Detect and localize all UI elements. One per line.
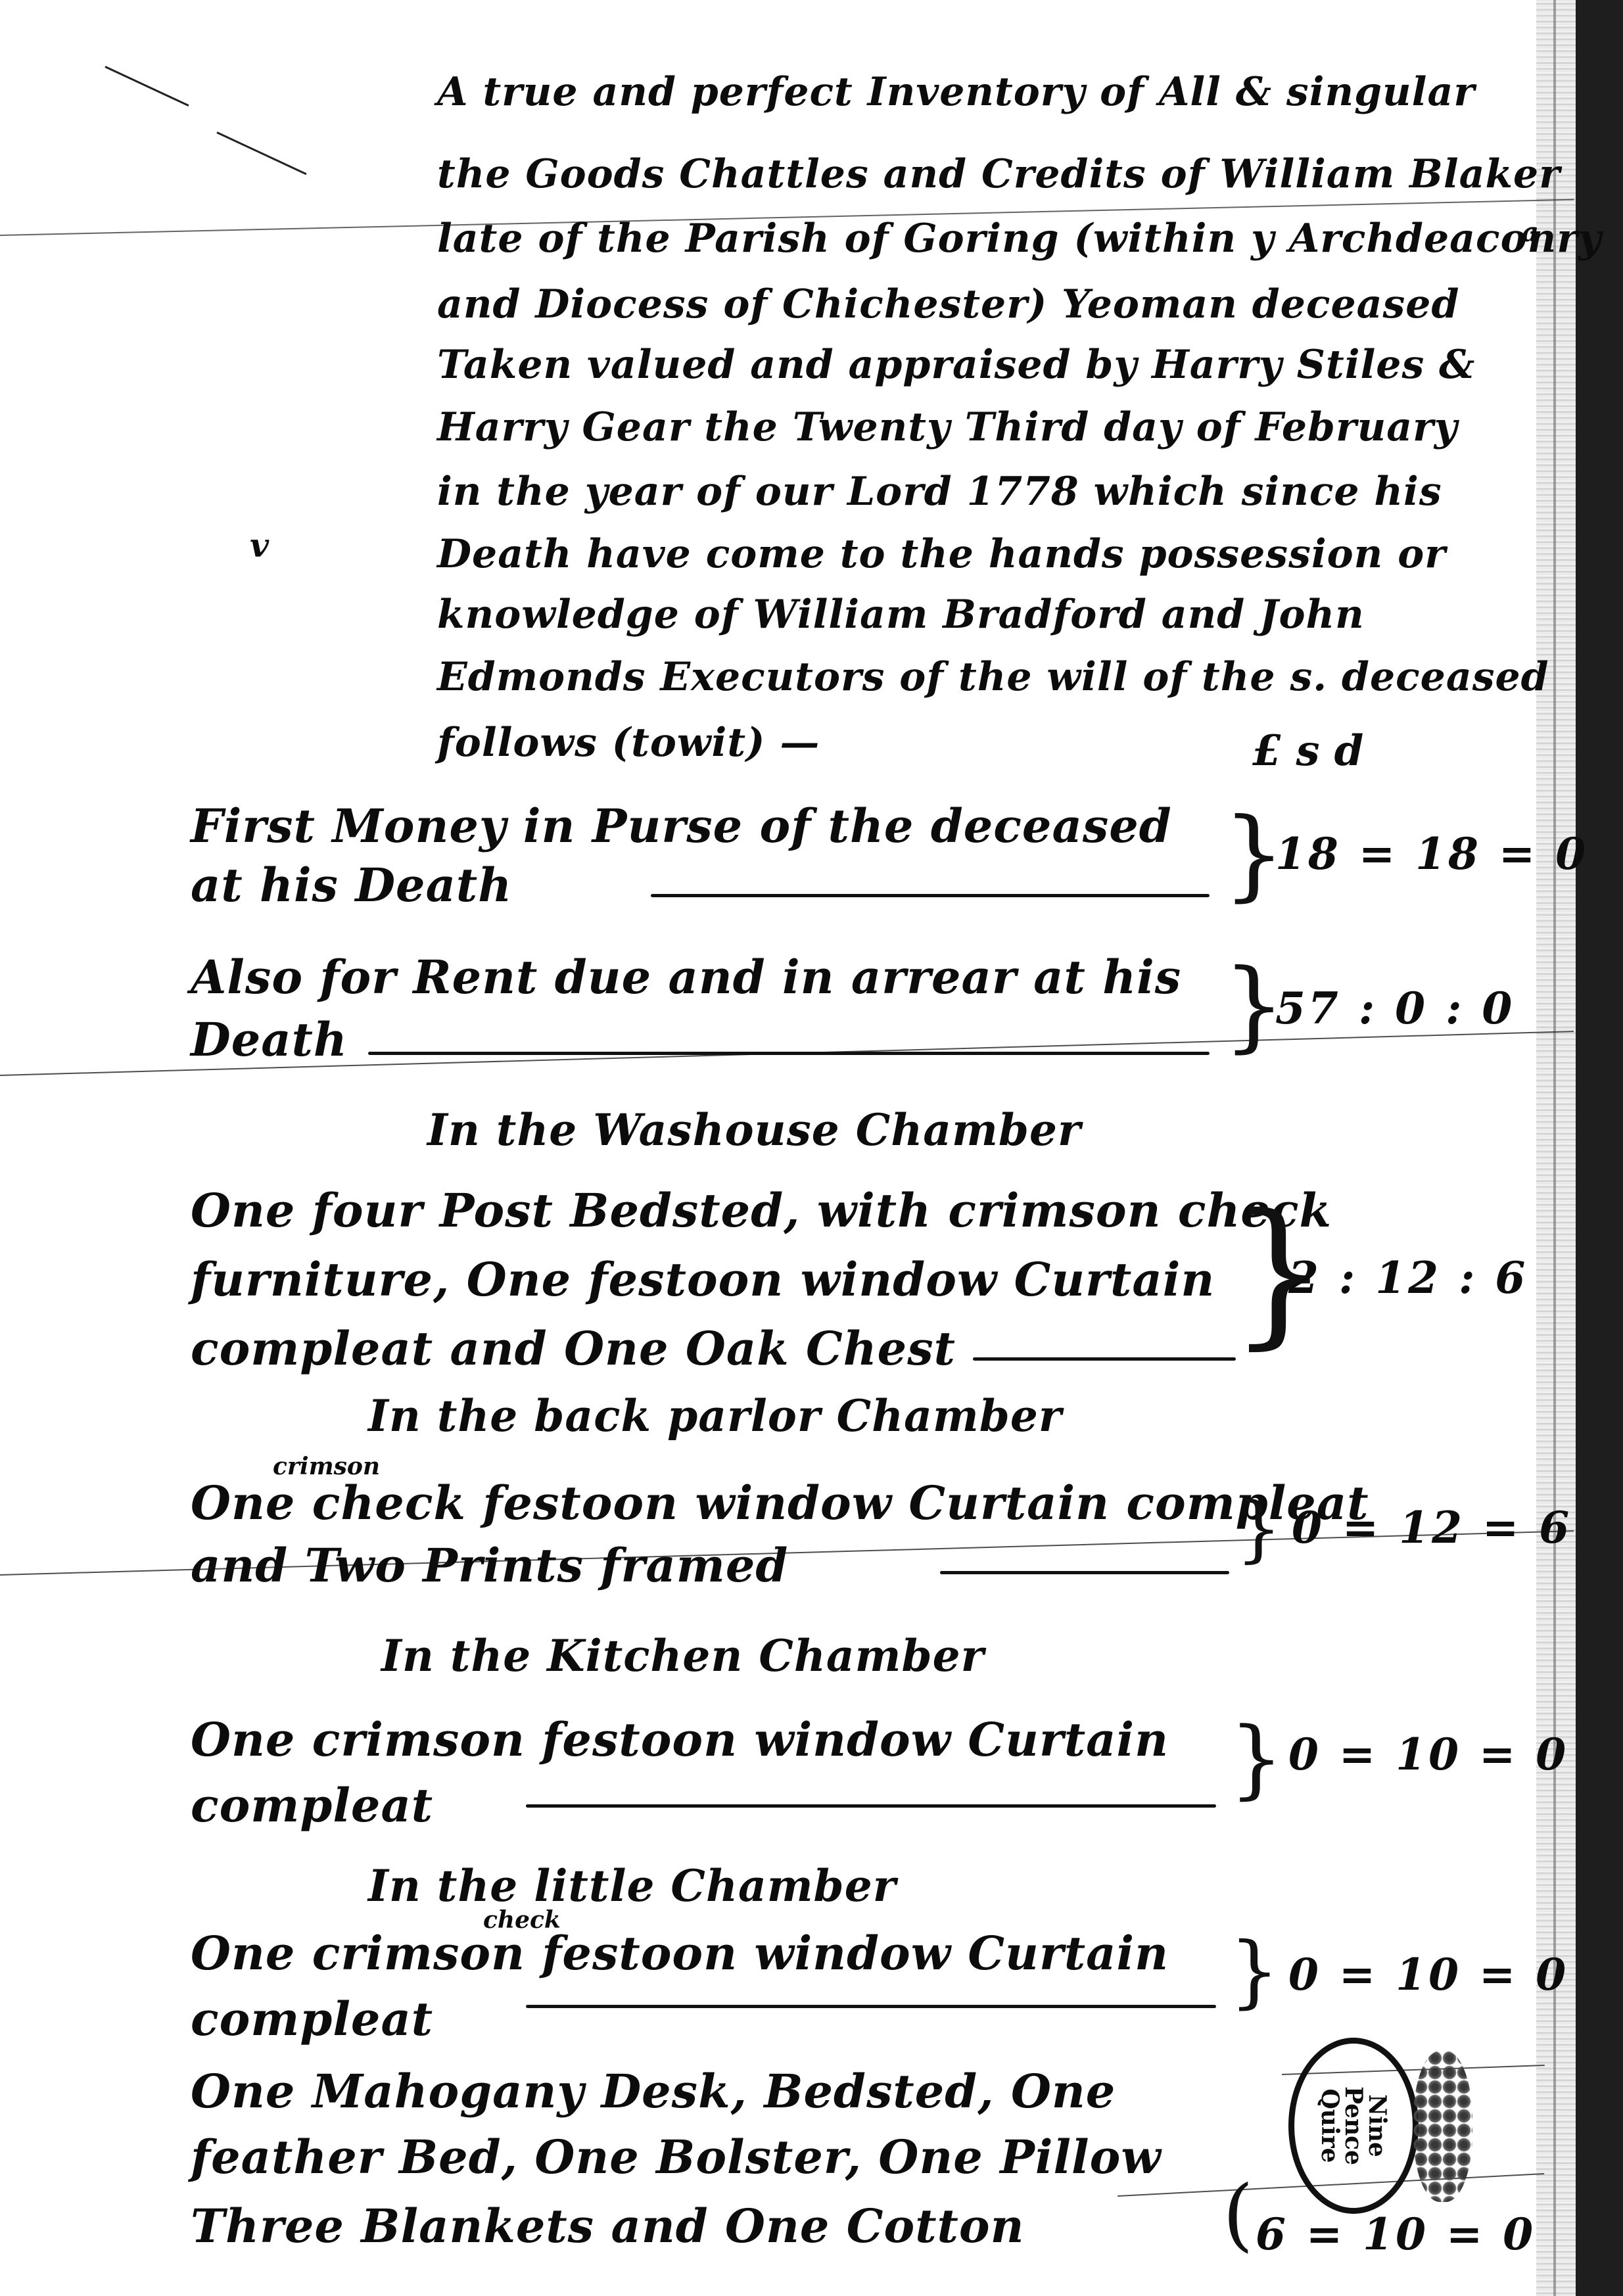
entry-line: One Mahogany Desk, Bedsted, One (191, 2064, 1116, 2119)
preamble-line: knowledge of William Bradford and John (437, 592, 1365, 638)
entry-line: and Two Prints framed (191, 1538, 788, 1593)
grouping-brace: } (1229, 1716, 1284, 1801)
entry-line: feather Bed, One Bolster, One Pillow (191, 2130, 1162, 2184)
stamp-text: Nine Pence Quire (1318, 2086, 1389, 2165)
grouping-brace: } (1236, 1492, 1282, 1564)
stray-scan-line (105, 66, 189, 106)
stamp-line: Nine (1365, 2086, 1389, 2165)
preamble-line: follows (towit) — (437, 720, 820, 766)
binding-strip (1576, 0, 1623, 2296)
entry-amount: 57 : 0 : 0 (1275, 983, 1515, 1034)
preamble-line: late of the Parish of Goring (within y A… (437, 216, 1602, 262)
entry-line: One check festoon window Curtain complea… (191, 1476, 1369, 1530)
preamble-line: Taken valued and appraised by Harry Stil… (437, 342, 1475, 388)
money-column-header: £sd (1252, 726, 1378, 776)
revenue-stamp: Nine Pence Quire (1288, 2038, 1419, 2214)
preamble-line: the Goods Chattles and Credits of Willia… (437, 151, 1561, 197)
preamble-line: Harry Gear the Twenty Third day of Febru… (437, 404, 1458, 450)
entry-amount: 0 = 12 = 6 (1292, 1502, 1572, 1553)
room-heading: In the Kitchen Chamber (381, 1630, 984, 1681)
inventory-page: v a A true and perfect Inventory of All … (0, 0, 1623, 2296)
pence-label: d (1334, 726, 1378, 776)
entry-amount: 0 = 10 = 0 (1288, 1729, 1568, 1780)
grouping-brace: } (1229, 1933, 1279, 2011)
preamble-line: in the year of our Lord 1778 which since… (437, 469, 1442, 515)
stamp-line: Pence (1342, 2086, 1365, 2165)
filler-rule (526, 1804, 1216, 1808)
entry-line: Three Blankets and One Cotton (191, 2199, 1024, 2253)
preamble-line: Edmonds Executors of the will of the s. … (437, 654, 1549, 700)
filler-rule (940, 1571, 1229, 1574)
stamp-crown-emblem (1413, 2051, 1472, 2202)
stamp-line: Quire (1318, 2086, 1342, 2165)
entry-amount: 0 = 10 = 0 (1288, 1949, 1568, 2000)
entry-line: compleat (191, 1992, 433, 2046)
grouping-brace: ( (1223, 2176, 1254, 2255)
entry-line: compleat and One Oak Chest (191, 1321, 956, 1376)
entry-amount: 2 : 12 : 6 (1288, 1252, 1528, 1303)
entry-line: at his Death (191, 858, 512, 912)
room-heading: In the Washouse Chamber (427, 1104, 1081, 1156)
entry-line: First Money in Purse of the deceased (191, 799, 1172, 853)
entry-line: furniture, One festoon window Curtain (191, 1252, 1215, 1307)
filler-rule (651, 894, 1210, 897)
preamble-line: Death have come to the hands possession … (437, 531, 1446, 577)
entry-line: One four Post Bedsted, with crimson chec… (191, 1183, 1332, 1238)
entry-line: Also for Rent due and in arrear at his (191, 950, 1181, 1004)
margin-tick-mark: v (250, 526, 269, 565)
entry-line: compleat (191, 1778, 433, 1833)
entry-amount: 18 = 18 = 0 (1275, 828, 1588, 879)
filler-rule (368, 1052, 1210, 1055)
entry-line: One crimson festoon window Curtain (191, 1712, 1169, 1767)
room-heading: In the little Chamber (368, 1860, 896, 1911)
filler-rule (526, 2005, 1216, 2008)
preamble-line: A true and perfect Inventory of All & si… (437, 69, 1475, 115)
pounds-symbol: £ (1252, 726, 1296, 776)
entry-line: One crimson festoon window Curtain (191, 1926, 1169, 1980)
entry-amount: 6 = 10 = 0 (1256, 2209, 1536, 2260)
filler-rule (973, 1357, 1236, 1361)
shillings-label: s (1296, 726, 1334, 776)
stray-scan-line (216, 131, 306, 175)
room-heading: In the back parlor Chamber (368, 1390, 1062, 1441)
entry-line: Death (191, 1012, 348, 1067)
preamble-line: and Diocess of Chichester) Yeoman deceas… (437, 281, 1459, 327)
